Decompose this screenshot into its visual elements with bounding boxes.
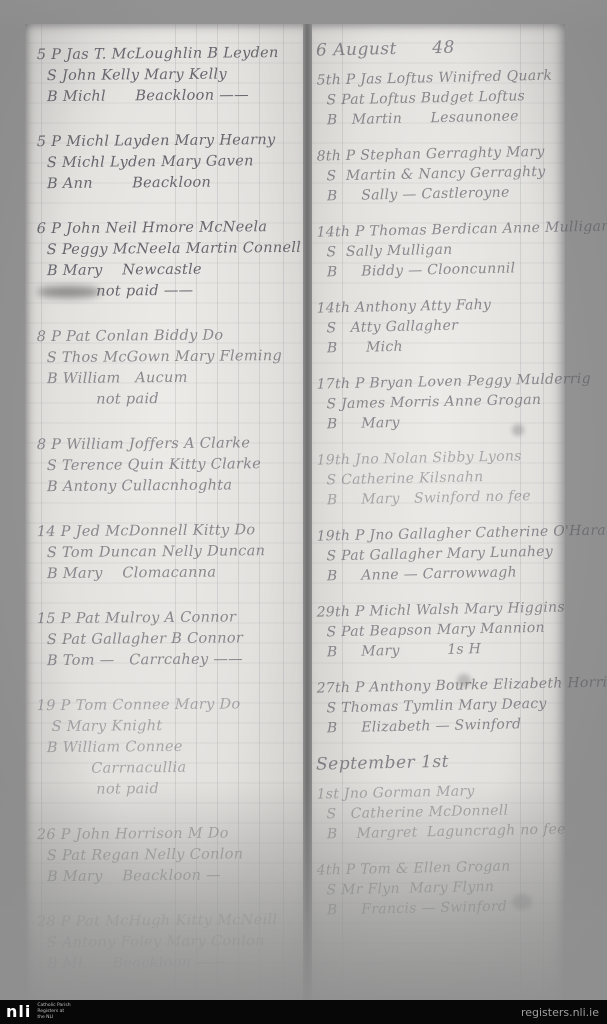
register-entry: 5 P Jas T. McLoughlin B Leyden S John Ke… <box>37 43 304 108</box>
register-entry: 15 P Pat Mulroy A Connor S Pat Gallagher… <box>37 607 304 672</box>
register-page-right: 6 August 48 5th P Jas Loftus Winifred Qu… <box>312 24 565 1000</box>
register-entry: 19 P Tom Connee Mary Do S Mary Knight B … <box>37 694 304 801</box>
register-entry: 5 P Michl Layden Mary Hearny S Michl Lyd… <box>37 130 304 195</box>
register-line: B Ml Beackloon —— <box>37 952 303 975</box>
register-entry: 14th Anthony Atty Fahy S Atty Gallagher … <box>316 293 565 358</box>
register-line: 19 P Tom Connee Mary Do <box>37 694 303 717</box>
register-line: B Biddy — Clooncunnil <box>317 257 565 282</box>
register-line: S Pat Gallagher B Connor <box>37 628 303 651</box>
august-entries: 5th P Jas Loftus Winifred Quark S Pat Lo… <box>312 68 565 736</box>
register-line: S Antony Foley Mary Conlon <box>37 931 303 954</box>
register-line: B Michl Beackloon —— <box>37 85 303 108</box>
register-line: not paid <box>37 388 303 411</box>
register-line: 15 P Pat Mulroy A Connor <box>37 607 303 630</box>
footer-bar: nli Catholic Parish Registers at the NLI… <box>0 1000 607 1024</box>
register-scan: 5 P Jas T. McLoughlin B Leyden S John Ke… <box>0 0 607 1024</box>
register-line: B Elizabeth — Swinford <box>317 713 565 738</box>
paper-stain <box>512 894 532 910</box>
register-line: S Tom Duncan Nelly Duncan <box>37 541 303 564</box>
register-entry: 8 P William Joffers A Clarke S Terence Q… <box>37 433 304 498</box>
ink-smudge <box>37 286 101 298</box>
register-line: S Pat Regan Nelly Conlon <box>37 844 303 867</box>
register-line: 8 P William Joffers A Clarke <box>37 433 303 456</box>
register-line: B Mary <box>317 409 565 434</box>
nli-logo-caption: Catholic Parish Registers at the NLI <box>37 1003 70 1021</box>
register-entry: 19th P Jno Gallagher Catherine O'Hara S … <box>316 521 565 586</box>
register-line: 26 P John Horrison M Do <box>37 823 303 846</box>
month-heading-august: 6 August 48 <box>316 35 565 60</box>
register-line: B Sally — Castleroyne <box>317 181 565 206</box>
register-line: B Martin Lesaunonee <box>317 105 565 130</box>
register-line: 5 P Michl Layden Mary Hearny <box>37 130 303 153</box>
register-entry: 26 P John Horrison M Do S Pat Regan Nell… <box>37 823 304 888</box>
register-line: B Mary Clomacanna <box>37 562 303 585</box>
register-line: B Mary 1s H <box>317 637 565 662</box>
register-line: 8 P Pat Conlan Biddy Do <box>37 325 303 348</box>
register-line: 6 P John Neil Hmore McNeela <box>37 217 303 240</box>
register-line: S Terence Quin Kitty Clarke <box>37 454 303 477</box>
register-line: B Mary Beackloon — <box>37 865 303 888</box>
register-line: S John Kelly Mary Kelly <box>37 64 303 87</box>
register-entry: 14 P Jed McDonnell Kitty Do S Tom Duncan… <box>37 520 304 585</box>
watermark-url: registers.nli.ie <box>521 1006 599 1019</box>
register-line: S Peggy McNeela Martin Connell <box>37 238 303 261</box>
register-line: 14 P Jed McDonnell Kitty Do <box>37 520 303 543</box>
register-page-left: 5 P Jas T. McLoughlin B Leyden S John Ke… <box>25 24 303 1000</box>
book-spine-gap <box>303 24 312 1000</box>
register-line: B Mich <box>317 333 565 358</box>
paper-stain <box>457 674 471 687</box>
register-entry: 28 P Pat McHugh Kitty McNeill S Antony F… <box>37 910 304 975</box>
register-line: S Thos McGown Mary Fleming <box>37 346 303 369</box>
register-entry: 8 P Pat Conlan Biddy Do S Thos McGown Ma… <box>37 325 304 411</box>
register-entry: 17th P Bryan Loven Peggy Mulderrig S Jam… <box>316 369 565 434</box>
paper-stain <box>512 424 524 436</box>
register-entry: 29th P Michl Walsh Mary Higgins S Pat Be… <box>316 597 565 662</box>
register-line: B Anne — Carrowwagh <box>317 561 565 586</box>
register-entry: 19th Jno Nolan Sibby Lyons S Catherine K… <box>316 445 565 510</box>
register-line: 5 P Jas T. McLoughlin B Leyden <box>37 43 303 66</box>
month-heading-september: September 1st <box>316 749 565 774</box>
register-entry: 8th P Stephan Gerraghty Mary S Martin & … <box>316 141 565 206</box>
register-line: B Margret Laguncragh no fee <box>317 819 565 844</box>
register-line: S Mary Knight <box>37 715 303 738</box>
nli-logo: nli <box>6 1004 31 1020</box>
register-entry: 27th P Anthony Bourke Elizabeth Horrigan… <box>316 673 565 738</box>
register-entry: 14th P Thomas Berdican Anne Mulligan S S… <box>316 217 565 282</box>
logo-caption-line: the NLI <box>37 1015 70 1021</box>
register-line: 28 P Pat McHugh Kitty McNeill <box>37 910 303 933</box>
register-line: B Mary Newcastle <box>37 259 303 282</box>
register-line: B Tom — Carrcahey —— <box>37 649 303 672</box>
left-page-entries: 5 P Jas T. McLoughlin B Leyden S John Ke… <box>25 24 303 974</box>
register-entry: 4th P Tom & Ellen Grogan S Mr Flyn Mary … <box>316 855 565 920</box>
right-page-content: 6 August 48 5th P Jas Loftus Winifred Qu… <box>312 24 565 918</box>
register-entry: 1st Jno Gorman Mary S Catherine McDonnel… <box>316 779 565 844</box>
register-line: not paid <box>37 778 303 801</box>
register-entry: 5th P Jas Loftus Winifred Quark S Pat Lo… <box>316 65 565 130</box>
register-line: B Ann Beackloon <box>37 172 303 195</box>
register-line: B William Connee <box>37 736 303 759</box>
register-line: S Michl Lyden Mary Gaven <box>37 151 303 174</box>
register-line: B Mary Swinford no fee <box>317 485 565 510</box>
register-line: B Antony Cullacnhoghta <box>37 475 303 498</box>
register-line: B William Aucum <box>37 367 303 390</box>
register-line: Carrnacullia <box>37 757 303 780</box>
